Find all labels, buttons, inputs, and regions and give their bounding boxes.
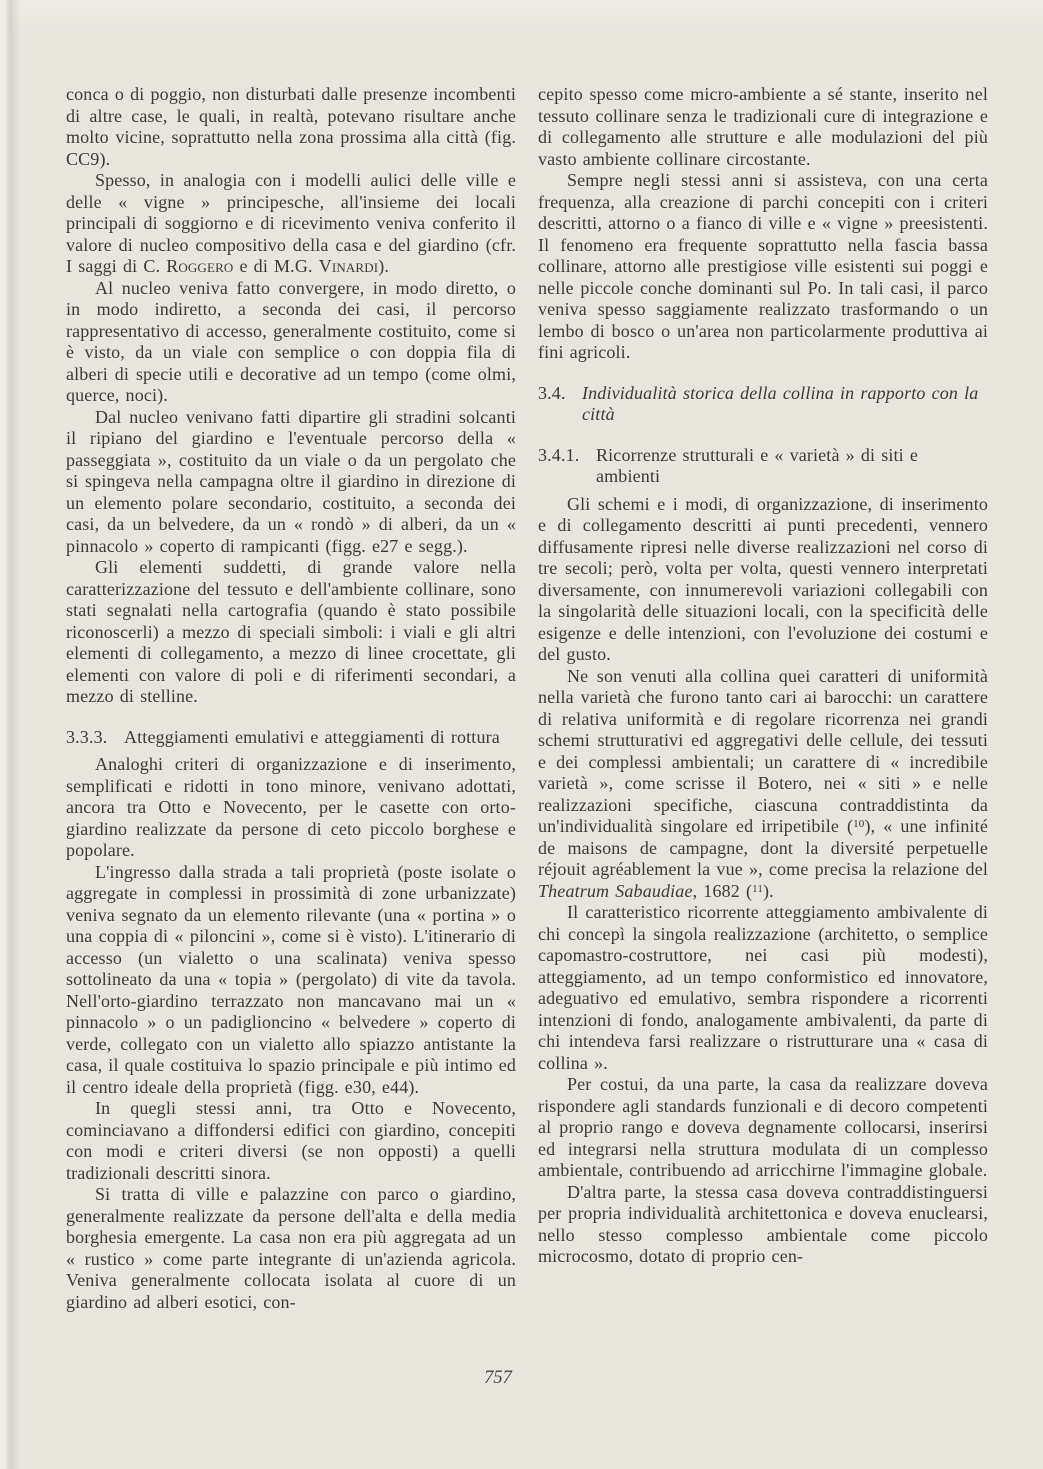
text-run: Si tratta di ville e palazzine con parco…: [66, 1184, 516, 1312]
section-number: 3.4.1.: [538, 445, 596, 467]
paragraph: Gli schemi e i modi, di organizzazione, …: [538, 494, 988, 666]
text-block: conca o di poggio, non disturbati dalle …: [66, 84, 988, 1313]
text-run: Analoghi criteri di organizzazione e di …: [66, 754, 516, 860]
paragraph: Al nucleo veniva fatto convergere, in mo…: [66, 278, 516, 407]
column-right: cepito spesso come micro-ambiente a sé s…: [538, 84, 988, 1313]
text-run: Gli elementi suddetti, di grande valore …: [66, 557, 516, 706]
text-run: L'ingresso dalla strada a tali proprietà…: [66, 862, 516, 1097]
text-run: D'altra parte, la stessa casa doveva con…: [538, 1182, 988, 1267]
text-run: cepito spesso come micro-ambiente a sé s…: [538, 84, 988, 169]
text-run: Al nucleo veniva fatto convergere, in mo…: [66, 278, 516, 406]
text-run: e di M.G.: [233, 256, 318, 276]
paragraph: Analoghi criteri di organizzazione e di …: [66, 754, 516, 862]
text-run: Sempre negli stessi anni si assisteva, c…: [538, 170, 988, 362]
text-run: ).: [378, 256, 389, 276]
text-run: Vinardi: [319, 256, 379, 276]
text-run: , 1682 (: [693, 881, 753, 901]
text-run: Theatrum Sabaudiae: [538, 881, 693, 901]
section-title: Individualità storica della collina in r…: [582, 383, 978, 425]
text-run: ).: [763, 881, 774, 901]
section-number: 3.3.3.: [66, 727, 124, 749]
text-run: In quegli stessi anni, tra Otto e Novece…: [66, 1098, 516, 1183]
paragraph: Spesso, in analogia con i modelli aulici…: [66, 170, 516, 278]
section-heading: 3.4.Individualità storica della collina …: [538, 383, 988, 426]
paragraph: Per costui, da una parte, la casa da rea…: [538, 1074, 988, 1182]
text-run: Individualità storica della collina in r…: [582, 383, 978, 425]
text-run: Ne son venuti alla collina quei caratter…: [538, 666, 988, 837]
paragraph: Sempre negli stessi anni si assisteva, c…: [538, 170, 988, 364]
section-heading: 3.4.1.Ricorrenze strutturali e « varietà…: [538, 445, 988, 488]
text-run: Dal nucleo venivano fatti dipartire gli …: [66, 407, 516, 556]
text-run: Il caratteristico ricorrente atteggiamen…: [538, 902, 988, 1073]
text-run: conca o di poggio, non disturbati dalle …: [66, 84, 516, 169]
paragraph: Si tratta di ville e palazzine con parco…: [66, 1184, 516, 1313]
paragraph: Gli elementi suddetti, di grande valore …: [66, 557, 516, 708]
paragraph: Dal nucleo venivano fatti dipartire gli …: [66, 407, 516, 558]
text-run: Atteggiamenti emulativi e atteggiamenti …: [124, 727, 500, 747]
footnote-reference: 10: [853, 818, 864, 830]
paragraph: L'ingresso dalla strada a tali proprietà…: [66, 862, 516, 1099]
paragraph: In quegli stessi anni, tra Otto e Novece…: [66, 1098, 516, 1184]
text-run: Roggero: [166, 256, 233, 276]
paragraph: Ne son venuti alla collina quei caratter…: [538, 666, 988, 903]
paragraph: cepito spesso come micro-ambiente a sé s…: [538, 84, 988, 170]
section-title: Ricorrenze strutturali e « varietà » di …: [596, 445, 918, 487]
section-heading: 3.3.3.Atteggiamenti emulativi e atteggia…: [66, 727, 516, 749]
footnote-reference: 11: [752, 883, 763, 895]
text-run: Ricorrenze strutturali e « varietà » di …: [596, 445, 918, 487]
section-title: Atteggiamenti emulativi e atteggiamenti …: [124, 727, 500, 747]
scanned-book-page: conca o di poggio, non disturbati dalle …: [0, 0, 1043, 1469]
column-left: conca o di poggio, non disturbati dalle …: [66, 84, 516, 1313]
paragraph: D'altra parte, la stessa casa doveva con…: [538, 1182, 988, 1268]
page-number: 757: [428, 1368, 568, 1389]
text-run: Gli schemi e i modi, di organizzazione, …: [538, 494, 988, 665]
paragraph: Il caratteristico ricorrente atteggiamen…: [538, 902, 988, 1074]
paragraph: conca o di poggio, non disturbati dalle …: [66, 84, 516, 170]
section-number: 3.4.: [538, 383, 582, 405]
text-run: Per costui, da una parte, la casa da rea…: [538, 1074, 988, 1180]
